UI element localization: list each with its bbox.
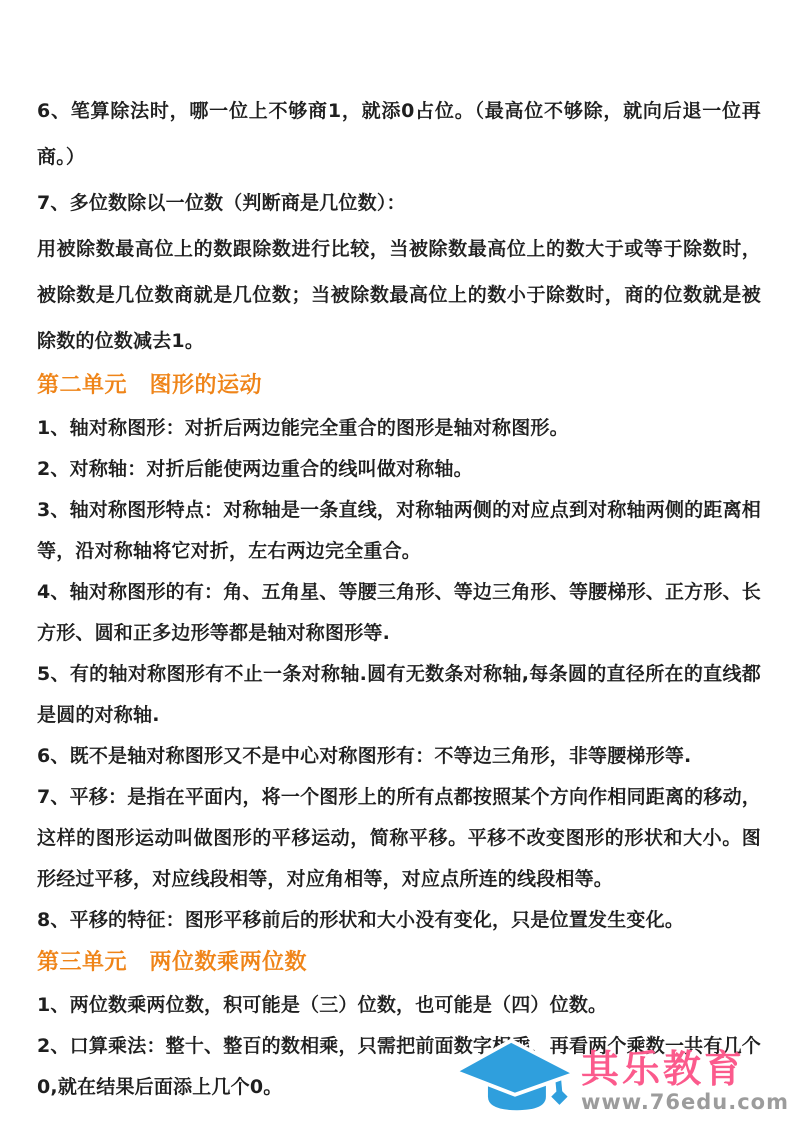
note-item: 7、多位数除以一位数（判断商是几位数）：	[37, 180, 761, 226]
graduation-cap-icon	[451, 1031, 579, 1116]
note-item: 1、轴对称图形：对折后两边能完全重合的图形是轴对称图形。	[37, 408, 761, 449]
note-item: 6、笔算除法时，哪一位上不够商1，就添0占位。（最高位不够除，就向后退一位再商。…	[37, 88, 761, 180]
note-item: 7、平移：是指在平面内，将一个图形上的所有点都按照某个方向作相同距离的移动，这样…	[37, 777, 761, 900]
section-heading-unit2: 第二单元 图形的运动	[37, 364, 761, 408]
watermark-logo: 其乐教育 www.76edu.com	[451, 1031, 789, 1114]
note-item: 2、对称轴：对折后能使两边重合的线叫做对称轴。	[37, 449, 761, 490]
section-unit1-continued: 6、笔算除法时，哪一位上不够商1，就添0占位。（最高位不够除，就向后退一位再商。…	[37, 88, 761, 364]
note-item: 5、有的轴对称图形有不止一条对称轴.圆有无数条对称轴,每条圆的直径所在的直线都是…	[37, 654, 761, 736]
note-item: 6、既不是轴对称图形又不是中心对称图形有：不等边三角形，非等腰梯形等.	[37, 736, 761, 777]
section-heading-unit3: 第三单元 两位数乘两位数	[37, 941, 761, 985]
note-item: 4、轴对称图形的有：角、五角星、等腰三角形、等边三角形、等腰梯形、正方形、长方形…	[37, 572, 761, 654]
brand-text-block: 其乐教育 www.76edu.com	[581, 1048, 789, 1114]
note-item: 3、轴对称图形特点：对称轴是一条直线，对称轴两侧的对应点到对称轴两侧的距离相等，…	[37, 490, 761, 572]
note-item: 8、平移的特征：图形平移前后的形状和大小没有变化，只是位置发生变化。	[37, 900, 761, 941]
document-page: 6、笔算除法时，哪一位上不够商1，就添0占位。（最高位不够除，就向后退一位再商。…	[37, 88, 761, 1108]
section-unit2: 第二单元 图形的运动 1、轴对称图形：对折后两边能完全重合的图形是轴对称图形。 …	[37, 364, 761, 941]
note-item: 1、两位数乘两位数，积可能是（三）位数，也可能是（四）位数。	[37, 985, 761, 1026]
note-paragraph: 用被除数最高位上的数跟除数进行比较，当被除数最高位上的数大于或等于除数时，被除数…	[37, 226, 761, 364]
brand-website: www.76edu.com	[581, 1090, 789, 1114]
brand-name: 其乐教育	[581, 1048, 745, 1090]
